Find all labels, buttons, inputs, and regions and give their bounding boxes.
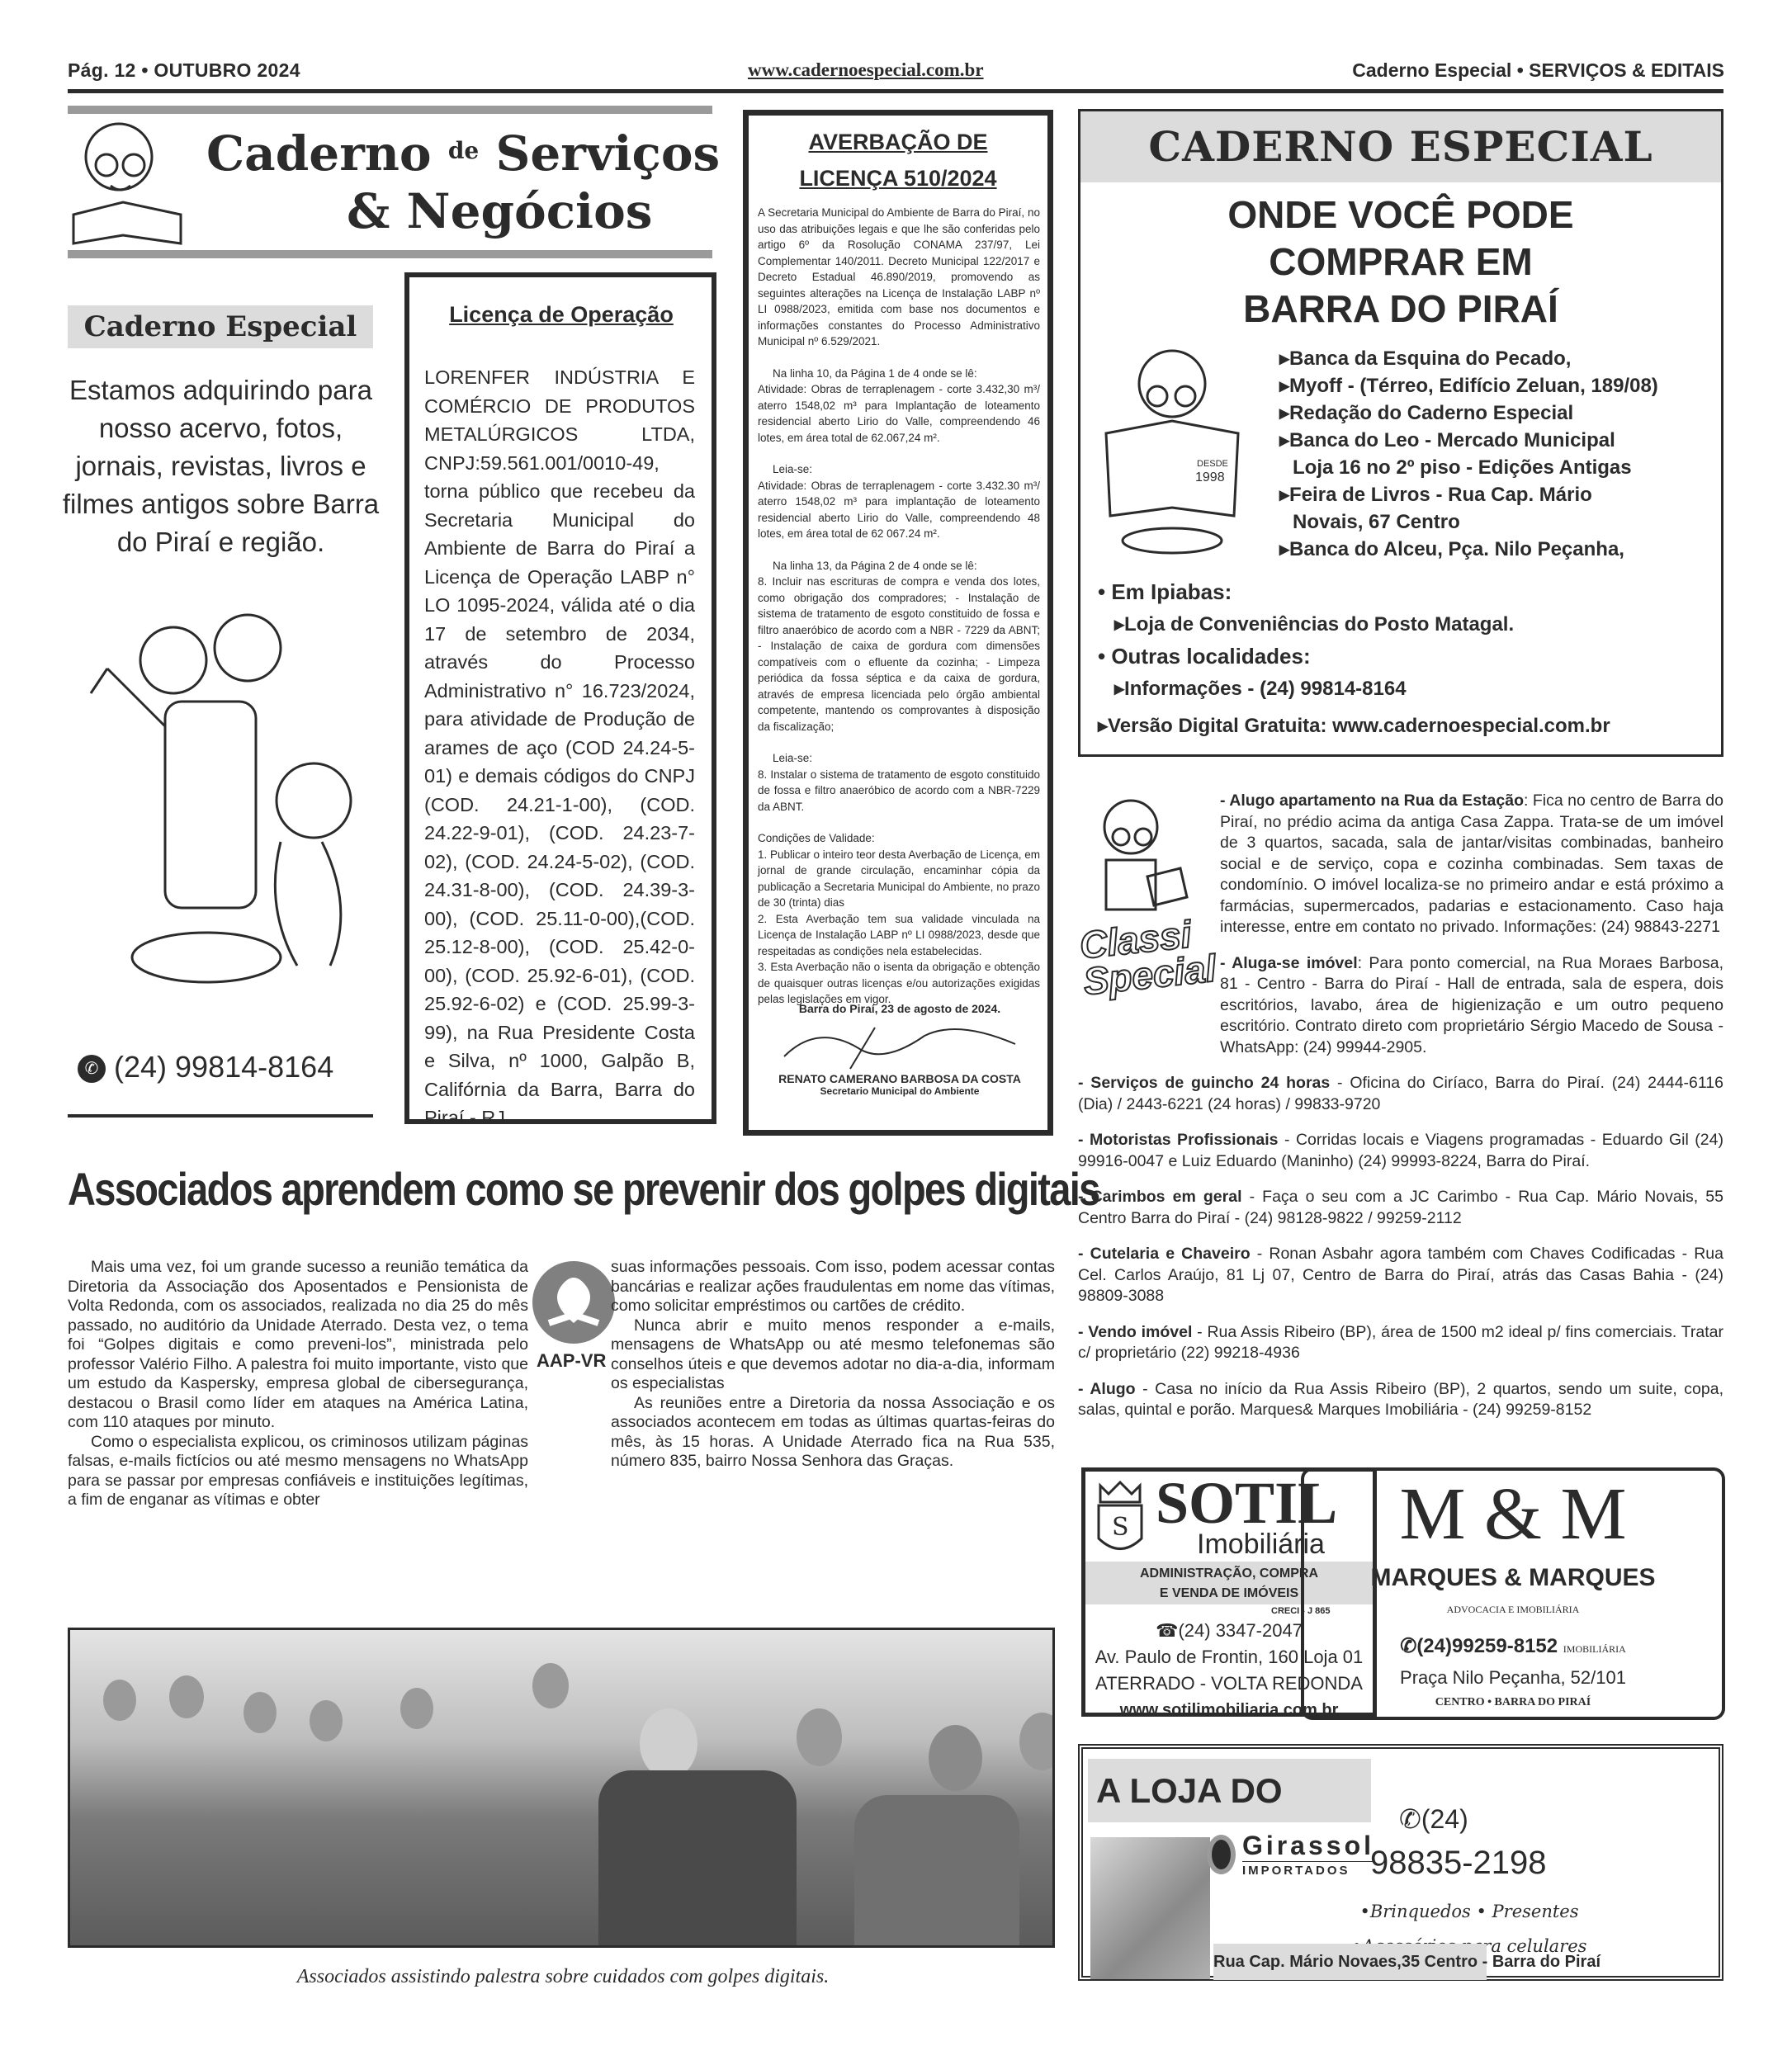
onde-comprar-locations: ▸Banca da Esquina do Pecado, ▸Myoff - (T… <box>1279 345 1717 563</box>
condition-item: 3. Esta Averbação não o isenta da obriga… <box>758 959 1040 1008</box>
article-paragraph: As reuniões entre a Diretoria da nossa A… <box>611 1394 1055 1472</box>
whatsapp-icon: ✆ <box>1399 1804 1421 1834</box>
title-line: ONDE VOCÊ PODE <box>1080 191 1721 239</box>
crest-icon: S <box>1094 1477 1147 1560</box>
marques-subtitle: ADVOCACIA E IMOBILIÁRIA <box>1312 1604 1714 1616</box>
ipiabas-heading: • Em Ipiabas: <box>1098 576 1709 608</box>
averbacao-heading: Leia-se: <box>758 461 1040 478</box>
location-item-cont: Loja 16 no 2º piso - Edições Antigas <box>1279 454 1717 481</box>
outras-item: ▸Informações - (24) 99814-8164 <box>1098 673 1709 705</box>
conditions-heading: Condições de Validade: <box>758 830 1040 847</box>
averbacao-body: A Secretaria Municipal do Ambiente de Ba… <box>758 205 1040 1008</box>
location-item: ▸Feira de Livros - Rua Cap. Mário <box>1279 481 1717 508</box>
licenca-operacao-title: Licença de Operação <box>421 302 702 328</box>
phone-label: IMOBILIÁRIA <box>1563 1643 1626 1655</box>
location-item: ▸Redação do Caderno Especial <box>1279 399 1717 427</box>
masthead-word-de: de <box>448 137 479 164</box>
couple-gift-photo <box>1090 1837 1210 1979</box>
whatsapp-icon: ✆ <box>78 1055 106 1083</box>
location-item: ▸Banca da Esquina do Pecado, <box>1279 345 1717 372</box>
averbacao-heading: Leia-se: <box>758 750 1040 767</box>
caderno-especial-badge: Caderno Especial <box>68 305 373 348</box>
averbacao-text: 8. Instalar o sistema de tratamento de e… <box>758 768 1040 813</box>
divider <box>68 1114 373 1118</box>
signature-icon <box>776 1023 1024 1070</box>
averbacao-text: Atividade: Obras de terraplenagem - cort… <box>758 480 1040 541</box>
averbacao-intro: A Secretaria Municipal do Ambiente de Ba… <box>758 205 1040 350</box>
classified-item: - Alugo apartamento na Rua da Estação: F… <box>1078 791 1723 938</box>
averbacao-text: Atividade: Obras de terraplenagem - cort… <box>758 383 1040 444</box>
article-column-1: Mais uma vez, foi um grande sucesso a re… <box>68 1258 528 1510</box>
aap-vr-label: AAP-VR <box>537 1350 606 1372</box>
outras-heading: • Outras localidades: <box>1098 640 1709 673</box>
brand-sub: IMPORTADOS <box>1242 1861 1374 1878</box>
phone-number: (24) 99814-8164 <box>114 1050 333 1084</box>
classified-item: - Aluga-se imóvel: Para ponto comercial,… <box>1078 953 1723 1059</box>
whatsapp-icon: ✆ <box>1400 1635 1416 1657</box>
masthead-word-caderno: Caderno <box>206 125 432 182</box>
onde-comprar-title: ONDE VOCÊ PODE COMPRAR EM BARRA DO PIRAÍ <box>1080 191 1721 333</box>
article-column-2: suas informações pessoais. Com isso, pod… <box>611 1258 1055 1472</box>
masthead-bar-top <box>68 106 712 114</box>
averbacao-signature-block: Barra do Piraí, 23 de agosto de 2024. RE… <box>759 1002 1040 1097</box>
article-paragraph: Mais uma vez, foi um grande sucesso a re… <box>68 1258 528 1433</box>
averbacao-text: 8. Incluir nas escrituras de compra e ve… <box>758 575 1040 733</box>
lauro-phone[interactable]: 98835-2198 <box>1370 1845 1547 1882</box>
article-paragraph: Nunca abrir e muito menos responder a e-… <box>611 1316 1055 1394</box>
aap-vr-logo-icon <box>532 1261 615 1344</box>
reading-mascot-icon: DESDE 1998 <box>1098 343 1263 557</box>
classified-list: - Alugo apartamento na Rua da Estação: F… <box>1078 791 1723 1436</box>
licenca-operacao-body: LORENFER INDÚSTRIA E COMÉRCIO DE PRODUTO… <box>424 363 695 1132</box>
averbacao-heading: Na linha 13, da Página 2 de 4 onde se lê… <box>758 558 1040 574</box>
brand-name: Girassol <box>1242 1831 1374 1861</box>
sunflower-icon <box>1212 1840 1231 1869</box>
classified-item: - Cutelaria e Chaveiro - Ronan Asbahr ag… <box>1078 1244 1723 1307</box>
lauro-title: A LOJA DO LAURO <box>1088 1759 1371 1822</box>
averbacao-title-line2: LICENÇA 510/2024 <box>755 160 1041 196</box>
page-issue: Pág. 12 • OUTUBRO 2024 <box>68 59 300 82</box>
title-line: BARRA DO PIRAÍ <box>1080 286 1721 333</box>
caderno-especial-banner: CADERNO ESPECIAL <box>1080 111 1721 182</box>
svg-text:S: S <box>1112 1513 1129 1542</box>
acquire-ad-phone[interactable]: ✆ (24) 99814-8164 <box>78 1050 333 1084</box>
products-line: •Brinquedos • Presentes <box>1279 1894 1659 1929</box>
classified-item: - Carimbos em geral - Faça o seu com a J… <box>1078 1187 1723 1229</box>
header-rule <box>68 89 1723 93</box>
location-item: ▸Myoff - (Térreo, Edifício Zeluan, 189/0… <box>1279 372 1717 399</box>
lauro-phone-ddd[interactable]: ✆(24) <box>1399 1803 1468 1835</box>
title-line: COMPRAR EM <box>1080 239 1721 286</box>
phone-number: (24)99259-8152 <box>1416 1635 1558 1657</box>
classified-item: - Serviços de guincho 24 horas - Oficina… <box>1078 1073 1723 1115</box>
location-item: ▸Banca do Leo - Mercado Municipal <box>1279 427 1717 454</box>
condition-item: 2. Esta Averbação tem sua validade vincu… <box>758 911 1040 960</box>
marques-city: CENTRO • BARRA DO PIRAÍ <box>1312 1696 1714 1709</box>
signer-role: Secretario Municipal do Ambiente <box>759 1085 1040 1097</box>
onde-comprar-other: • Em Ipiabas: ▸Loja de Conveniências do … <box>1098 576 1709 742</box>
photo-caption: Associados assistindo palestra sobre cui… <box>68 1966 1058 1988</box>
article-headline: Associados aprendem como se prevenir dos… <box>68 1162 900 1216</box>
svg-text:DESDE: DESDE <box>1197 459 1228 469</box>
masthead-title-line2: & Negócios <box>347 183 652 239</box>
location-item-cont: Novais, 67 Centro <box>1279 508 1717 536</box>
article-paragraph: Como o especialista explicou, os crimino… <box>68 1433 528 1510</box>
digital-version-link[interactable]: ▸Versão Digital Gratuita: www.cadernoesp… <box>1098 710 1709 742</box>
classified-item: - Vendo imóvel - Rua Assis Ribeiro (BP),… <box>1078 1322 1723 1364</box>
lauro-address: Rua Cap. Mário Novaes,35 Centro - Barra … <box>1213 1944 1487 1980</box>
article-paragraph: suas informações pessoais. Com isso, pod… <box>611 1258 1055 1316</box>
marques-phone[interactable]: ✆(24)99259-8152 IMOBILIÁRIA <box>1312 1634 1714 1658</box>
classified-item: - Motoristas Profissionais - Corridas lo… <box>1078 1130 1723 1172</box>
masthead-title-line1: Caderno de Serviços <box>206 125 720 182</box>
section-label: Caderno Especial • SERVIÇOS & EDITAIS <box>1352 59 1724 82</box>
place-date: Barra do Piraí, 23 de agosto de 2024. <box>759 1002 1040 1015</box>
marques-address: Praça Nilo Peçanha, 52/101 <box>1312 1667 1714 1689</box>
girassol-brand: Girassol IMPORTADOS <box>1205 1831 1374 1878</box>
signer-name: RENATO CAMERANO BARBOSA DA COSTA <box>759 1072 1040 1085</box>
masthead-word-servicos: Serviços <box>495 125 720 182</box>
location-item: ▸Banca do Alceu, Pça. Nilo Peçanha, <box>1279 536 1717 563</box>
svg-text:1998: 1998 <box>1195 470 1225 484</box>
averbacao-heading: Na linha 10, da Página 1 de 4 onde se lê… <box>758 366 1040 382</box>
ipiabas-item: ▸Loja de Conveniências do Posto Matagal. <box>1098 608 1709 640</box>
site-url-link[interactable]: www.cadernoespecial.com.br <box>748 59 984 81</box>
reading-kid-cartoon-icon <box>69 116 193 248</box>
projector-cartoon-icon <box>74 611 371 1015</box>
masthead-bar-bottom <box>68 250 712 258</box>
averbacao-title-line1: AVERBAÇÃO DE <box>755 124 1041 160</box>
audience-photo <box>68 1628 1055 1948</box>
classified-item: - Alugo - Casa no início da Rua Assis Ri… <box>1078 1379 1723 1421</box>
marques-name: MARQUES & MARQUES <box>1312 1564 1714 1592</box>
acquire-ad-text: Estamos adquirindo para nosso acervo, fo… <box>58 371 384 561</box>
averbacao-title: AVERBAÇÃO DE LICENÇA 510/2024 <box>755 124 1041 196</box>
condition-item: 1. Publicar o inteiro teor desta Averbaç… <box>758 847 1040 911</box>
ddd: (24) <box>1421 1804 1468 1834</box>
marques-scale-logo: M & M <box>1312 1477 1714 1552</box>
